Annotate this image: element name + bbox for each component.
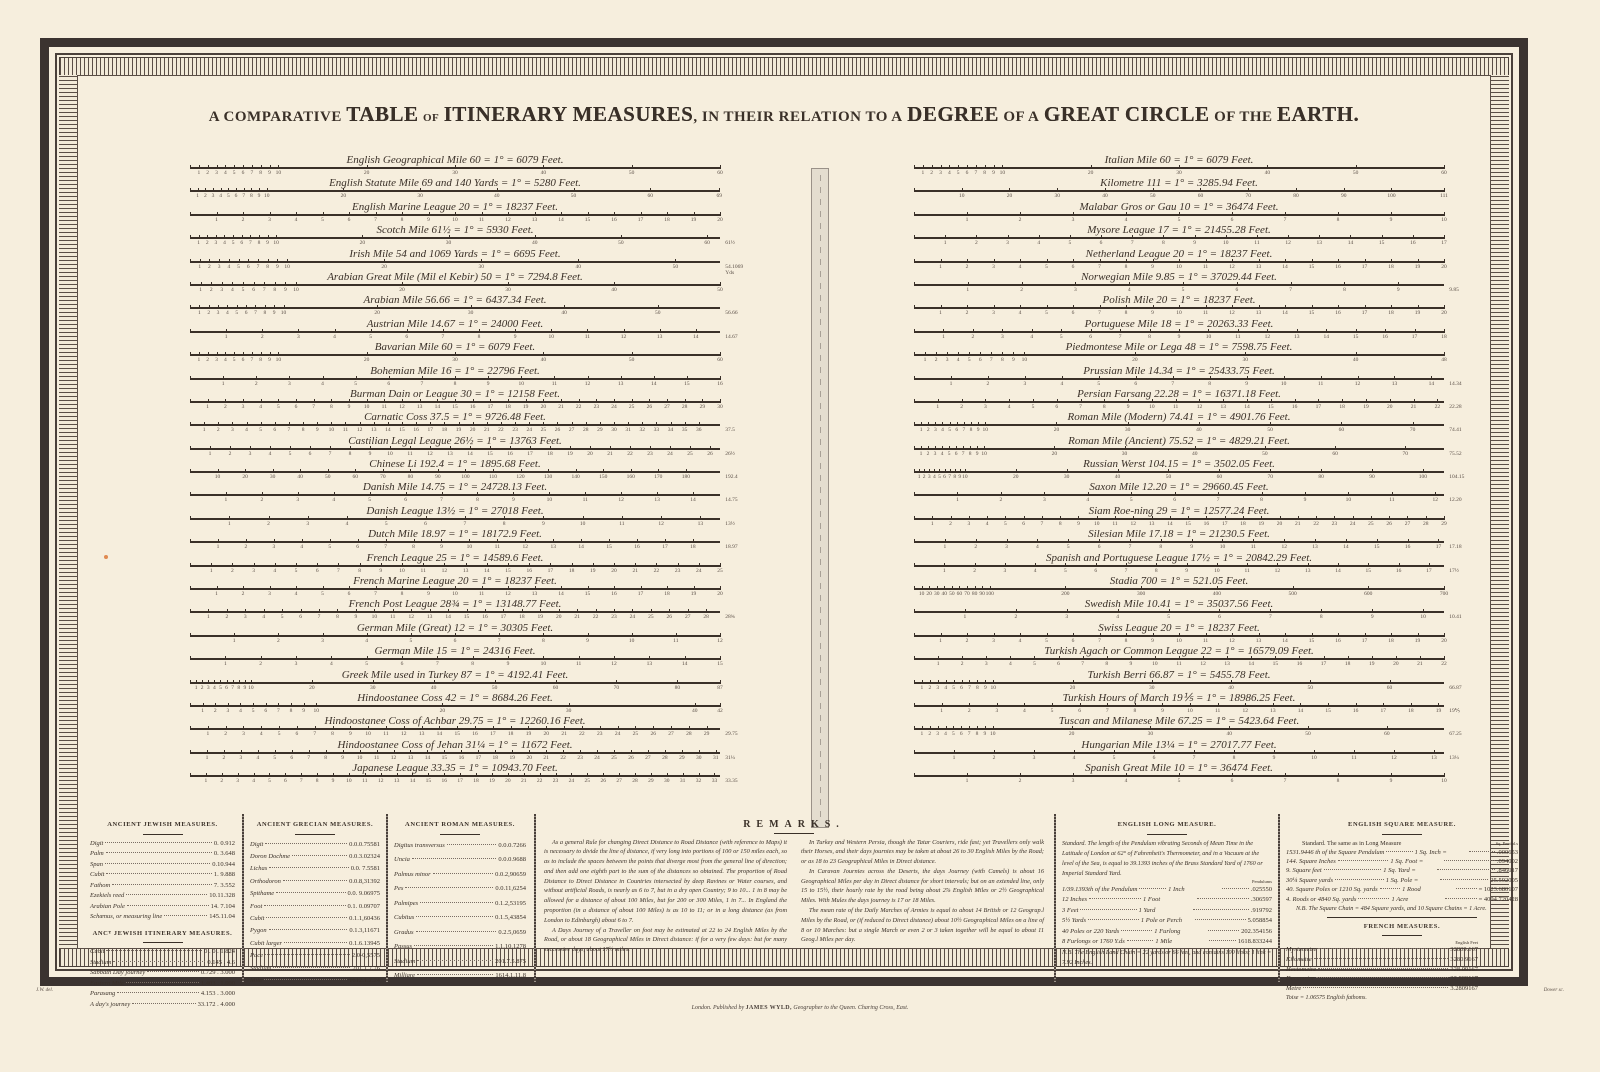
tick-label: 9 [427,591,430,597]
scale-row: Castilian Legal League 26½ = 1° = 13763 … [190,435,720,458]
tick-label: 7 [1079,404,1082,410]
tick-mark [1413,422,1414,426]
tick-label: 12 [1197,404,1203,410]
tick-label: 8 [273,287,276,293]
measure-name: Decametre [1286,974,1314,984]
tick-label: 30 [478,264,484,270]
tick-mark [557,422,558,426]
tick-label: 50 [629,170,635,176]
tick-label: 13 [419,731,425,737]
tick-mark [1358,376,1359,380]
scale-ticks: 12345678910203040506061½ [190,240,720,247]
tick-mark [501,422,502,426]
tick-mark [1253,539,1254,543]
tick-mark [561,212,562,216]
tick-mark [950,469,951,473]
tick-mark [1356,703,1357,707]
panel-title: ANCIENT GRECIAN MEASURES. [250,820,380,831]
tick-label: 4 [269,451,272,457]
tick-mark [1217,586,1218,590]
tick-label: 2 [927,451,930,457]
tick-mark [234,352,235,356]
tick-mark [1104,399,1105,403]
tick-mark [250,446,251,450]
tick-label: 5 [968,357,971,363]
tick-label: 20 [1007,193,1013,199]
tick-label: 12 [442,568,448,574]
tick-label: 4 [1009,661,1012,667]
tick-mark [323,586,324,590]
tick-mark [441,539,442,543]
tick-mark [190,259,191,263]
measure-name: Arabian Pole [90,902,125,913]
panel-title: ENGLISH SQUARE MEASURE. [1286,820,1518,831]
tick-mark [922,586,923,590]
tick-mark [1013,352,1014,356]
tick-label: 11 [479,217,484,223]
tick-mark [360,563,361,567]
column-divider [534,814,536,982]
tick-mark [420,399,421,403]
table-row: Gradus0.2.5,0659 [394,926,526,941]
scale-ticks: 1234567891020304050 [190,287,720,294]
tick-label: 13 [1317,240,1323,246]
scale-ticks: 123456789101112131414.34 [914,381,1444,388]
measure-value: 0.1.2,53195 [495,897,526,912]
tick-label: 9 [268,170,271,176]
scale-label: Chinese Li 192.4 = 1° = 1895.68 Feet. [190,458,720,470]
tick-mark [569,703,570,707]
tick-label: 1 [918,474,921,480]
scale-ticks: 12345678910111212.20 [914,497,1444,504]
scale-bar [190,565,720,567]
tick-label: 8 [316,778,319,784]
tick-mark [947,352,948,356]
tick-mark [493,726,494,730]
dot-leader [264,905,345,906]
scale-ticks: 123456789102030405060 [190,170,720,177]
tick-label: 80 [1318,474,1324,480]
tick-label: 5 [242,287,245,293]
tick-mark [521,376,522,380]
scale-bar [190,237,720,239]
tick-label: 42 [717,708,723,714]
tick-label: 5 [948,427,951,433]
tick-mark [1024,516,1025,520]
tick-mark [270,352,271,356]
tick-label: 18 [664,217,670,223]
measure-value: 0.1.5,43854 [495,911,526,926]
tick-label: 25 [648,614,654,620]
tick-label: 13 [1220,404,1226,410]
scale-label: Arabian Mile 56.66 = 1° = 6437.34 Feet. [190,294,720,306]
tick-label: 50 [1353,170,1359,176]
tick-mark [233,680,234,684]
tick-mark [216,235,217,239]
dot-leader [1338,860,1389,861]
tick-mark [248,259,249,263]
scale-row: German Mile 15 = 1° = 24316 Feet.1234567… [190,645,720,668]
tick-mark [994,165,995,169]
tick-mark [956,446,957,450]
tick-label: 19 [1363,404,1369,410]
tick-label: 15 [487,451,493,457]
tick-label: 2 [961,661,964,667]
tick-label: 2 [949,521,952,527]
scale-ticks: 1234567891011121314151617181920 [914,310,1444,317]
tick-label: 21 [607,451,613,457]
tick-label: 6 [1235,287,1238,293]
tick-mark [1285,212,1286,216]
tick-label: 25 [585,778,591,784]
tick-label: 60 [353,474,359,480]
tick-label: 3 [946,357,949,363]
tick-mark [1261,516,1262,520]
jewish-rows: Digit0. 0.912Palm0. 3.648Span0.10.944Cub… [90,839,235,923]
scale-ticks: 1234567891011121314151617181920212223242… [190,778,720,785]
tick-label: 29 [700,404,706,410]
tick-mark [1002,165,1003,169]
tick-label: 60 [1198,193,1204,199]
tick-label: 18 [493,755,499,761]
tick-mark [521,469,522,473]
tick-mark [1438,703,1439,707]
tick-label: 10 [357,755,363,761]
tick-label: 3 [207,685,210,691]
tick-label-end: 22.28 [1449,404,1461,410]
tick-mark [1133,516,1134,520]
measure-value: 32.809167 [1450,974,1478,984]
tick-label: 20 [541,404,547,410]
tick-mark [922,680,923,684]
tick-label: 9 [379,568,382,574]
tick-mark [1444,329,1445,333]
tick-label: 6 [1098,544,1101,550]
tick-label: 16 [470,404,476,410]
scale-bar [914,284,1444,286]
tick-label: 29 [597,427,603,433]
tick-mark [665,539,666,543]
measure-value: 1614.1.11.8 [495,969,526,984]
tick-mark [550,563,551,567]
tick-mark [467,609,468,613]
tick-label: 20 [556,614,562,620]
tick-label: 1 [953,755,956,761]
roman-measures-panel: ANCIENT ROMAN MEASURES. Digitus transver… [394,814,526,982]
table-row: 4. Roods or 4840 Sq. yards1 Acre= 4094.7… [1286,895,1518,904]
tick-mark [1020,305,1021,309]
tick-label: 1 [944,240,947,246]
tick-label: 3 [288,381,291,387]
tick-label: 700 [1440,591,1448,597]
tick-mark [349,773,350,777]
tick-label: 5 [1004,521,1007,527]
tick-mark [941,633,942,637]
tick-label: 11 [374,755,379,761]
tick-mark [588,633,589,637]
dot-leader [113,961,205,962]
table-row: Ezekiels reed10.11.328 [90,891,235,902]
tick-label: 1 [937,661,940,667]
tick-mark [632,165,633,169]
tick-mark [941,259,942,263]
scale-label: Turkish Hours of March 19⅕ = 1° = 18986.… [914,692,1444,704]
remark-paragraph: A Days Journey of a Traveller on foot ma… [544,926,787,955]
tick-mark [250,235,251,239]
tick-label: 3 [992,310,995,316]
tick-label: 6 [454,638,457,644]
dot-leader [417,974,493,975]
tick-mark [632,352,633,356]
tick-mark [1267,329,1268,333]
tick-mark [621,492,622,496]
tick-mark [720,212,721,216]
tick-label: 4 [252,778,255,784]
tick-mark [967,773,968,777]
tick-mark [420,188,421,192]
tick-mark [1073,633,1074,637]
tick-label: 18 [690,544,696,550]
tick-label: 10 [1441,778,1447,784]
tick-mark [610,446,611,450]
tick-label: 8 [349,451,352,457]
tick-mark [204,422,205,426]
rule [295,834,335,835]
tick-mark [949,446,950,450]
tick-label: 80 [675,685,681,691]
tick-label: 9 [440,544,443,550]
tick-label: 9 [1190,544,1193,550]
tick-label: 2 [224,731,227,737]
tick-label: 20 [364,357,370,363]
tick-label: 5 [1067,544,1070,550]
tick-mark [377,750,378,754]
tick-label: 8 [976,685,979,691]
tick-mark [530,446,531,450]
tick-label: 20 [440,708,446,714]
tick-mark [1308,563,1309,567]
tick-label: 18 [547,451,553,457]
tick-label: 7 [1171,381,1174,387]
tick-mark [914,305,915,309]
tick-mark [1257,235,1258,239]
tick-mark [1179,305,1180,309]
tick-mark [932,165,933,169]
tick-label: 19 [691,591,697,597]
tick-mark [475,726,476,730]
tick-mark [513,492,514,496]
tick-mark [1035,563,1036,567]
tick-label: 11 [1254,240,1259,246]
tick-mark [473,399,474,403]
tick-mark [477,492,478,496]
tick-label: 13 [427,614,433,620]
tick-mark [358,539,359,543]
tick-label: 14 [1282,638,1288,644]
tick-label: 8 [401,591,404,597]
tick-label: 3 [1006,240,1009,246]
tick-label: 4 [1030,334,1033,340]
dot-leader [273,967,350,968]
tick-label: 13 [698,521,704,527]
measure-value: .000653 [1497,848,1518,857]
measure-name: Schœnus, or measuring line [90,912,162,923]
dot-leader [1469,851,1495,852]
tick-label: 11 [1203,310,1208,316]
scale-bar [190,284,720,286]
tick-label: 22 [627,451,633,457]
tick-label: 8 [1320,614,1323,620]
tick-label: 8 [1125,310,1128,316]
tick-mark [230,446,231,450]
measure-value: 0.0.3.02324 [349,851,380,863]
tick-label: 7 [1125,568,1128,574]
scales-right-column: Italian Mile 60 = 1° = 6079 Feet.1234567… [914,154,1444,786]
tick-label: 60 [957,591,963,597]
tick-mark [1372,469,1373,473]
tick-label: 30 [452,357,458,363]
tick-label: 50 [655,310,661,316]
measure-value: 0. 3.648 [214,849,235,860]
tick-mark [490,399,491,403]
tick-mark [941,165,942,169]
tick-label: 5 [273,755,276,761]
tick-mark [245,469,246,473]
tick-mark [190,516,191,520]
tick-label: 50 [1308,685,1314,691]
scale-label: Scotch Mile 61½ = 1° = 5930 Feet. [190,224,720,236]
tick-mark [331,656,332,660]
scale-ticks: 1234567891011121313¼ [914,755,1444,762]
column-header: Sq. Pendul.s [1496,839,1518,848]
tick-label: 3 [242,731,245,737]
tick-label: 9 [1273,755,1276,761]
tick-mark [205,188,206,192]
tick-mark [490,446,491,450]
tick-label: 6 [1057,661,1060,667]
measure-value: 202.354156 [1241,927,1272,938]
table-row: Fathom7. 3.552 [90,881,235,892]
tick-label: 11 [421,568,426,574]
tick-label: 4 [941,451,944,457]
tick-mark [238,773,239,777]
draftsman-credit: J.W. del. [36,988,53,993]
table-row: Myriametre32809.167 [1286,945,1478,955]
tick-label: 28 [686,731,692,737]
tick-label: 17 [1381,708,1387,714]
scale-bar [914,705,1444,707]
title-part: , IN THEIR RELATION TO A [693,109,902,125]
tick-mark [444,422,445,426]
tick-mark [603,773,604,777]
tick-mark [586,422,587,426]
tick-label: 3 [1001,334,1004,340]
tick-label: 17 [488,404,494,410]
tick-mark [1073,773,1074,777]
tick-mark [1245,352,1246,356]
measure-name: Digit [250,839,263,851]
tick-label: 4 [256,755,259,761]
tick-label: 14 [1282,264,1288,270]
tick-mark [548,469,549,473]
dot-leader [1088,919,1139,920]
tick-label: 4 [944,685,947,691]
tick-label: 26 [600,778,606,784]
tick-label: 40 [532,240,538,246]
tick-label: 25 [717,568,723,574]
tick-mark [1033,399,1034,403]
tick-mark [588,586,589,590]
dot-leader [1445,898,1476,899]
tick-mark [370,492,371,496]
tick-label: 26 [1386,521,1392,527]
remarks-title: REMARKS. [544,820,1044,831]
tick-label: 4 [295,217,298,223]
tick-label: 25 [1368,521,1374,527]
tick-label: 20 [1441,638,1447,644]
tick-mark [1321,469,1322,473]
tick-mark [1126,563,1127,567]
tick-label: 10 [329,427,335,433]
dot-leader [1303,987,1448,988]
tick-mark [442,703,443,707]
tick-mark [1341,422,1342,426]
tick-label: 13 [1270,708,1276,714]
tick-label: 2 [1000,497,1003,503]
tick-mark [190,773,191,777]
tick-mark [1179,329,1180,333]
tables-section: ANCIENT JEWISH MEASURES. Digit0. 0.912Pa… [78,814,1490,986]
tick-mark [614,399,615,403]
tick-label: 12 [1131,521,1137,527]
tick-mark [243,212,244,216]
tick-label: 2 [206,170,209,176]
dot-leader [126,982,199,983]
tick-mark [228,188,229,192]
tick-label: 13 [618,381,624,387]
tick-mark [635,726,636,730]
tick-label: 12 [717,638,723,644]
dot-leader [269,867,348,868]
tick-mark [1129,282,1130,286]
tick-mark [407,329,408,333]
tick-mark [588,376,589,380]
tick-label: 200 [1061,591,1069,597]
tick-label: 15 [684,381,690,387]
ornamental-pillar [811,168,829,828]
tick-label: 16 [413,427,419,433]
tick-label: 6 [299,614,302,620]
tick-mark [319,609,320,613]
tick-mark [1243,516,1244,520]
note-text: N.B. The English Land Chain = 22 yards o… [1062,948,1272,968]
tick-label: 14 [437,731,443,737]
measure-value: 201.1.7.76 [352,963,380,975]
scale-label: Austrian Mile 14.67 = 1° = 24000 Feet. [190,318,720,330]
tick-label: 500 [1288,591,1296,597]
tick-label: 18 [505,404,511,410]
scale-ticks: 12345678910111213141516171818.97 [190,544,720,551]
tick-label: 10 [313,708,319,714]
scale-label: Greek Mile used in Turkey 87 = 1° = 4192… [190,669,720,681]
tick-mark [1065,563,1066,567]
tick-mark [1315,539,1316,543]
tick-label: 3 [218,264,221,270]
tick-mark [543,656,544,660]
tick-label: 10 [1149,404,1155,410]
tick-mark [343,188,344,192]
tick-mark [1126,212,1127,216]
